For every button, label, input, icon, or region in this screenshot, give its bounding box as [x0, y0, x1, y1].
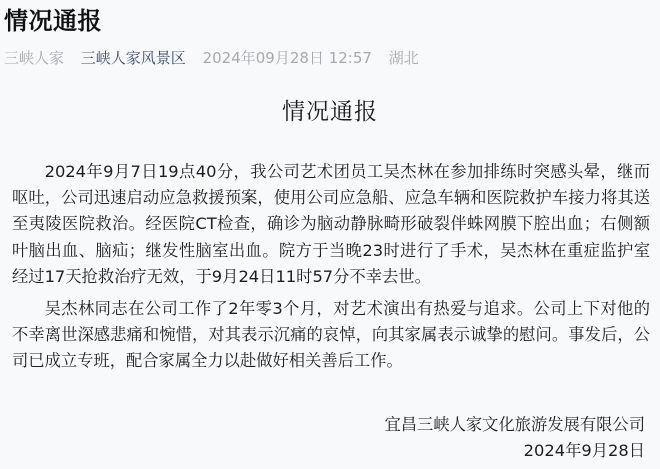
signature-organization: 宜昌三峡人家文化旅游发展有限公司	[384, 412, 645, 438]
publish-location: 湖北	[389, 49, 419, 67]
publish-datetime: 2024年09月28日 12:57	[203, 49, 372, 67]
author-name: 三峡人家	[4, 49, 64, 67]
article-title: 情况通报	[4, 6, 102, 36]
document-heading: 情况通报	[0, 97, 660, 127]
document-body: 2024年9月7日19点40分，我公司艺术团员工吴杰林在参加排练时突感头晕，继而…	[12, 159, 650, 375]
signature-block: 宜昌三峡人家文化旅游发展有限公司 2024年9月28日	[384, 412, 645, 464]
paragraph-2: 吴杰林同志在公司工作了2年零3个月，对艺术演出有热爱与追求。公司上下对他的不幸离…	[12, 296, 650, 375]
signature-date: 2024年9月28日	[384, 438, 645, 464]
account-link[interactable]: 三峡人家风景区	[81, 49, 186, 67]
article-meta: 三峡人家 三峡人家风景区 2024年09月28日 12:57 湖北	[4, 47, 431, 69]
paragraph-1: 2024年9月7日19点40分，我公司艺术团员工吴杰林在参加排练时突感头晕，继而…	[12, 159, 650, 290]
